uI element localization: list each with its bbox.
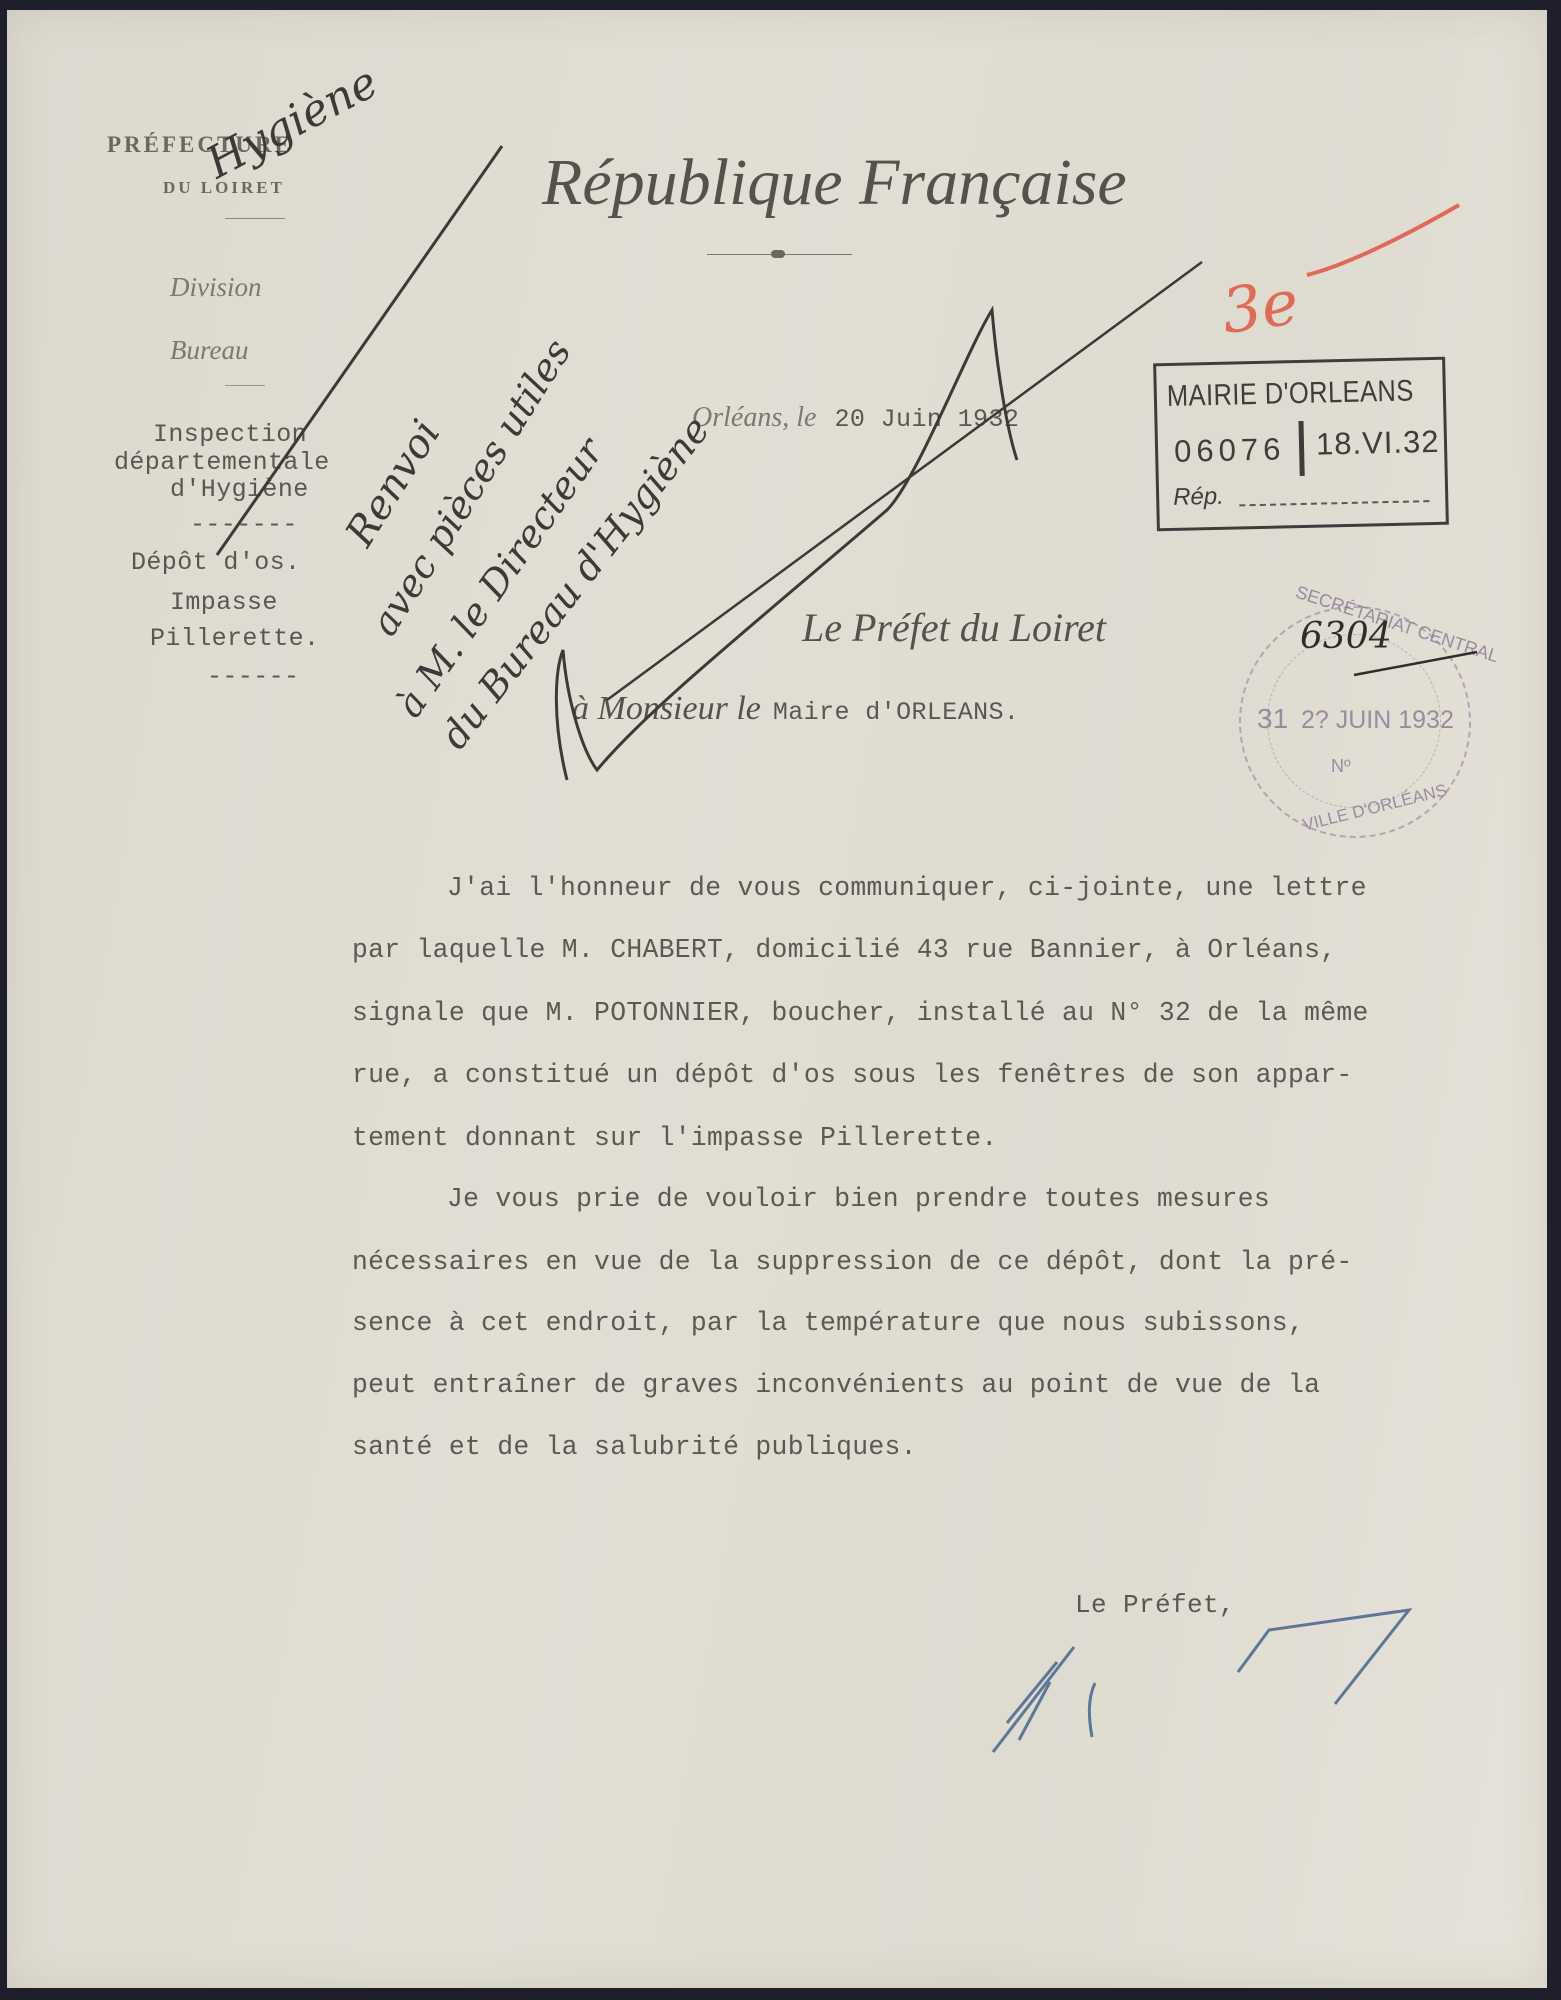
diagonal-stroke-header <box>217 146 502 555</box>
letter-paper: PRÉFECTURE DU LOIRET Division Bureau Ins… <box>7 10 1547 1988</box>
diagonal-stroke-main <box>607 262 1202 700</box>
register-underline <box>1354 652 1477 675</box>
prefect-signature-blue <box>993 1610 1409 1752</box>
red-pencil-tail <box>1307 205 1459 275</box>
handwriting-strokes <box>7 10 1547 1988</box>
handwritten-signature <box>556 310 1017 780</box>
